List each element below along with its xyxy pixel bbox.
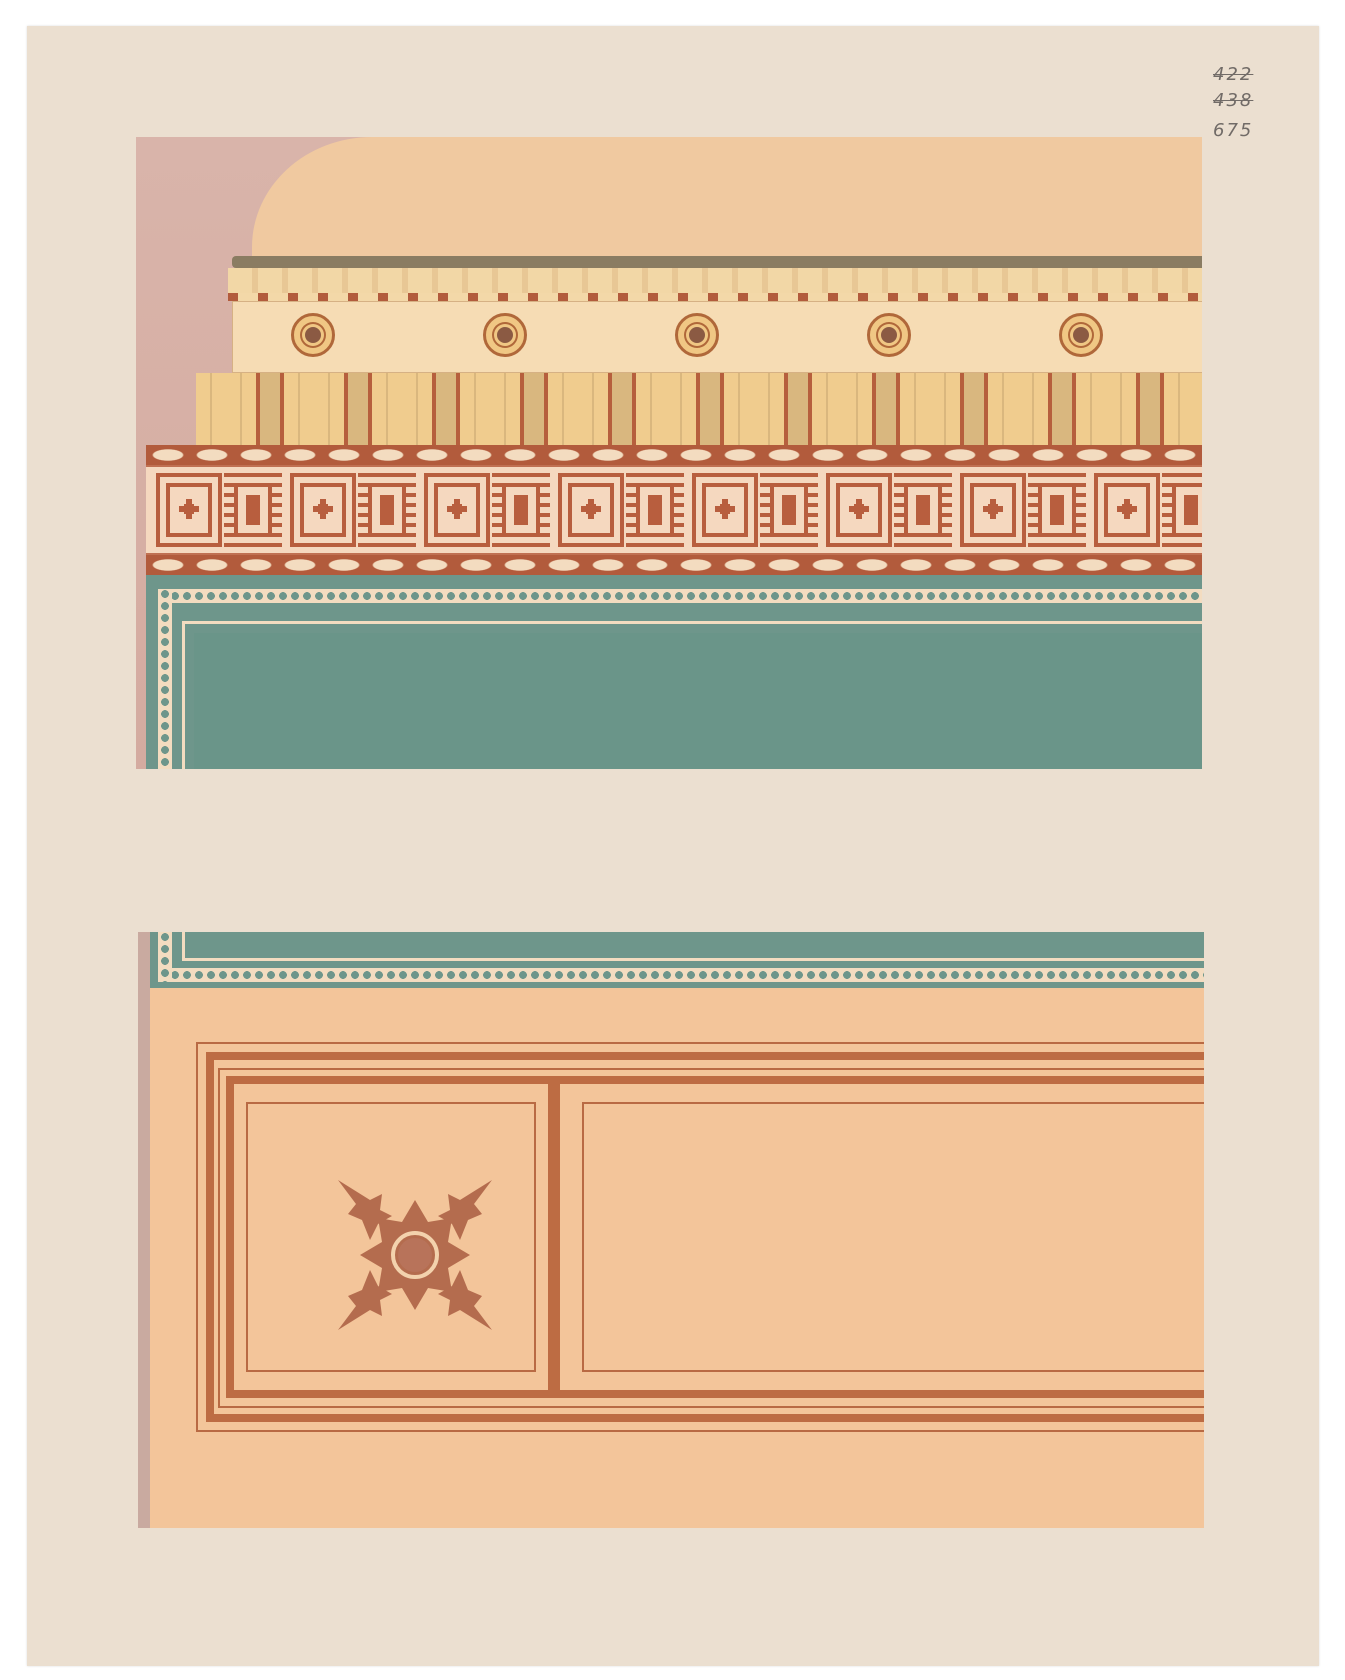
egg-and-dart-band-lower	[146, 555, 1202, 575]
cream-fillet	[182, 958, 1204, 961]
bead-chain-horizontal	[158, 589, 1202, 603]
bead-chain-vertical	[158, 932, 172, 982]
curved-soffit	[252, 137, 1202, 257]
pink-edge	[138, 932, 150, 1528]
meander-unit	[958, 473, 1088, 549]
meander-unit	[288, 473, 418, 549]
green-field	[194, 633, 1202, 769]
cream-fillet	[182, 621, 1202, 624]
leaf-and-dart-molding	[228, 268, 1202, 301]
inventory-number-old-2: 438	[1213, 90, 1253, 111]
rosette-icon	[1059, 313, 1103, 357]
bead-chain-vertical	[158, 589, 172, 769]
rosette-icon	[867, 313, 911, 357]
egg-and-dart-band-upper	[146, 445, 1202, 465]
meander-unit	[690, 473, 820, 549]
meander-unit	[824, 473, 954, 549]
rosette-icon	[483, 313, 527, 357]
meander-unit	[154, 473, 284, 549]
wall-panel-drawing	[138, 932, 1204, 1528]
cream-fillet	[182, 621, 185, 769]
cream-fillet	[182, 932, 185, 960]
rosette-frieze	[232, 301, 1202, 373]
meander-unit	[422, 473, 552, 549]
right-compartment-line	[582, 1102, 1204, 1372]
abacus-molding	[232, 256, 1202, 268]
greek-meander-band	[146, 465, 1202, 555]
meander-unit	[1092, 473, 1202, 549]
rosette-icon	[291, 313, 335, 357]
meander-unit	[556, 473, 686, 549]
rosette-icon	[675, 313, 719, 357]
leaf-rosette-icon	[330, 1170, 500, 1340]
cornice-drawing-panel	[136, 137, 1202, 769]
inventory-number-old-1: 422	[1213, 64, 1253, 85]
inventory-number-current: 675	[1213, 120, 1253, 141]
acanthus-leaf-row	[196, 373, 1202, 445]
bead-chain-horizontal	[158, 968, 1204, 982]
